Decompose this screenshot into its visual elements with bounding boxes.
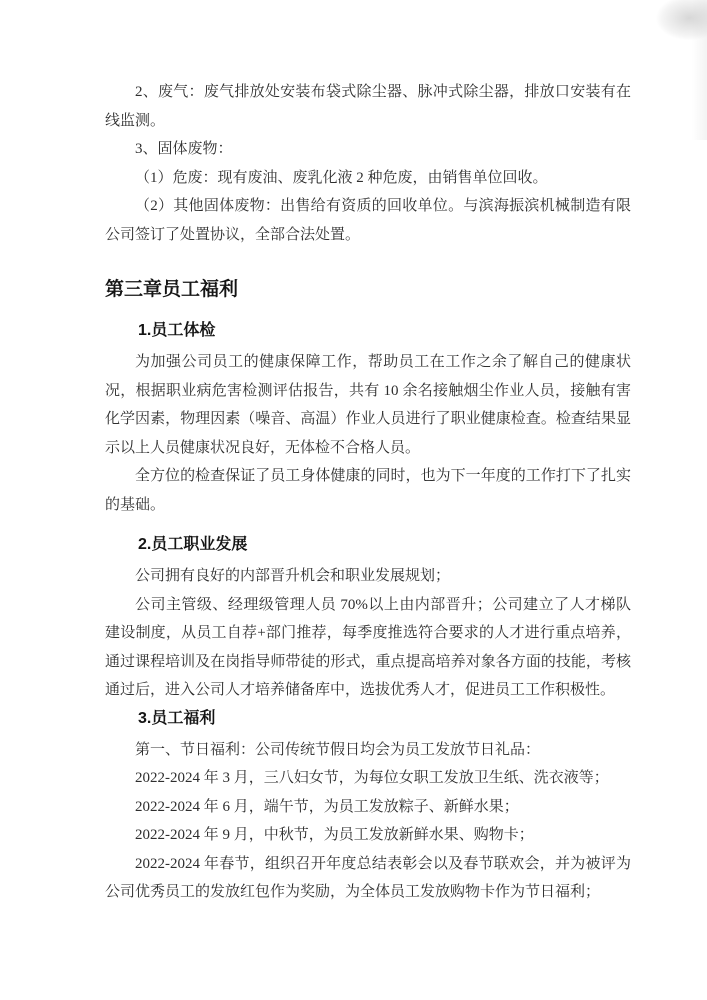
section-heading-employee-health-check: 1.员工体检	[105, 317, 631, 345]
scan-artifact-smudge	[637, 0, 707, 140]
paragraph-solid-waste-label: 3、固体废物：	[105, 135, 631, 164]
paragraph-mid-autumn-gifts: 2022-2024 年 9 月，中秋节，为员工发放新鲜水果、购物卡；	[105, 821, 631, 850]
document-page: 2、废气：废气排放处安装布袋式除尘器、脉冲式除尘器，排放口安装有在线监测。 3、…	[0, 0, 707, 1000]
paragraph-hazardous-waste: （1）危废：现有废油、废乳化液 2 种危废，由销售单位回收。	[105, 164, 631, 193]
paragraph-holiday-benefits-intro: 第一、节日福利：公司传统节假日均会为员工发放节日礼品：	[105, 736, 631, 765]
paragraph-health-check-summary: 全方位的检查保证了员工身体健康的同时，也为下一年度的工作打下了扎实的基础。	[105, 462, 631, 519]
paragraph-talent-pipeline: 公司主管级、经理级管理人员 70%以上由内部晋升；公司建立了人才梯队建设制度，从…	[105, 591, 631, 705]
paragraph-promotion-planning: 公司拥有良好的内部晋升机会和职业发展规划；	[105, 562, 631, 591]
paragraph-waste-gas: 2、废气：废气排放处安装布袋式除尘器、脉冲式除尘器，排放口安装有在线监测。	[105, 78, 631, 135]
chapter-title: 第三章员工福利	[105, 275, 631, 305]
paragraph-dragon-boat-gifts: 2022-2024 年 6 月，端午节，为员工发放粽子、新鲜水果；	[105, 793, 631, 822]
page-content: 2、废气：废气排放处安装布袋式除尘器、脉冲式除尘器，排放口安装有在线监测。 3、…	[105, 78, 631, 907]
paragraph-health-check-detail: 为加强公司员工的健康保障工作，帮助员工在工作之余了解自己的健康状况，根据职业病危…	[105, 348, 631, 462]
section-heading-career-development: 2.员工职业发展	[105, 531, 631, 559]
paragraph-spring-festival-gifts: 2022-2024 年春节，组织召开年度总结表彰会以及春节联欢会，并为被评为公司…	[105, 850, 631, 907]
section-heading-employee-benefits: 3.员工福利	[105, 705, 631, 733]
paragraph-womens-day-gifts: 2022-2024 年 3 月，三八妇女节，为每位女职工发放卫生纸、洗衣液等；	[105, 764, 631, 793]
paragraph-other-solid-waste: （2）其他固体废物：出售给有资质的回收单位。与滨海振滨机械制造有限公司签订了处置…	[105, 192, 631, 249]
